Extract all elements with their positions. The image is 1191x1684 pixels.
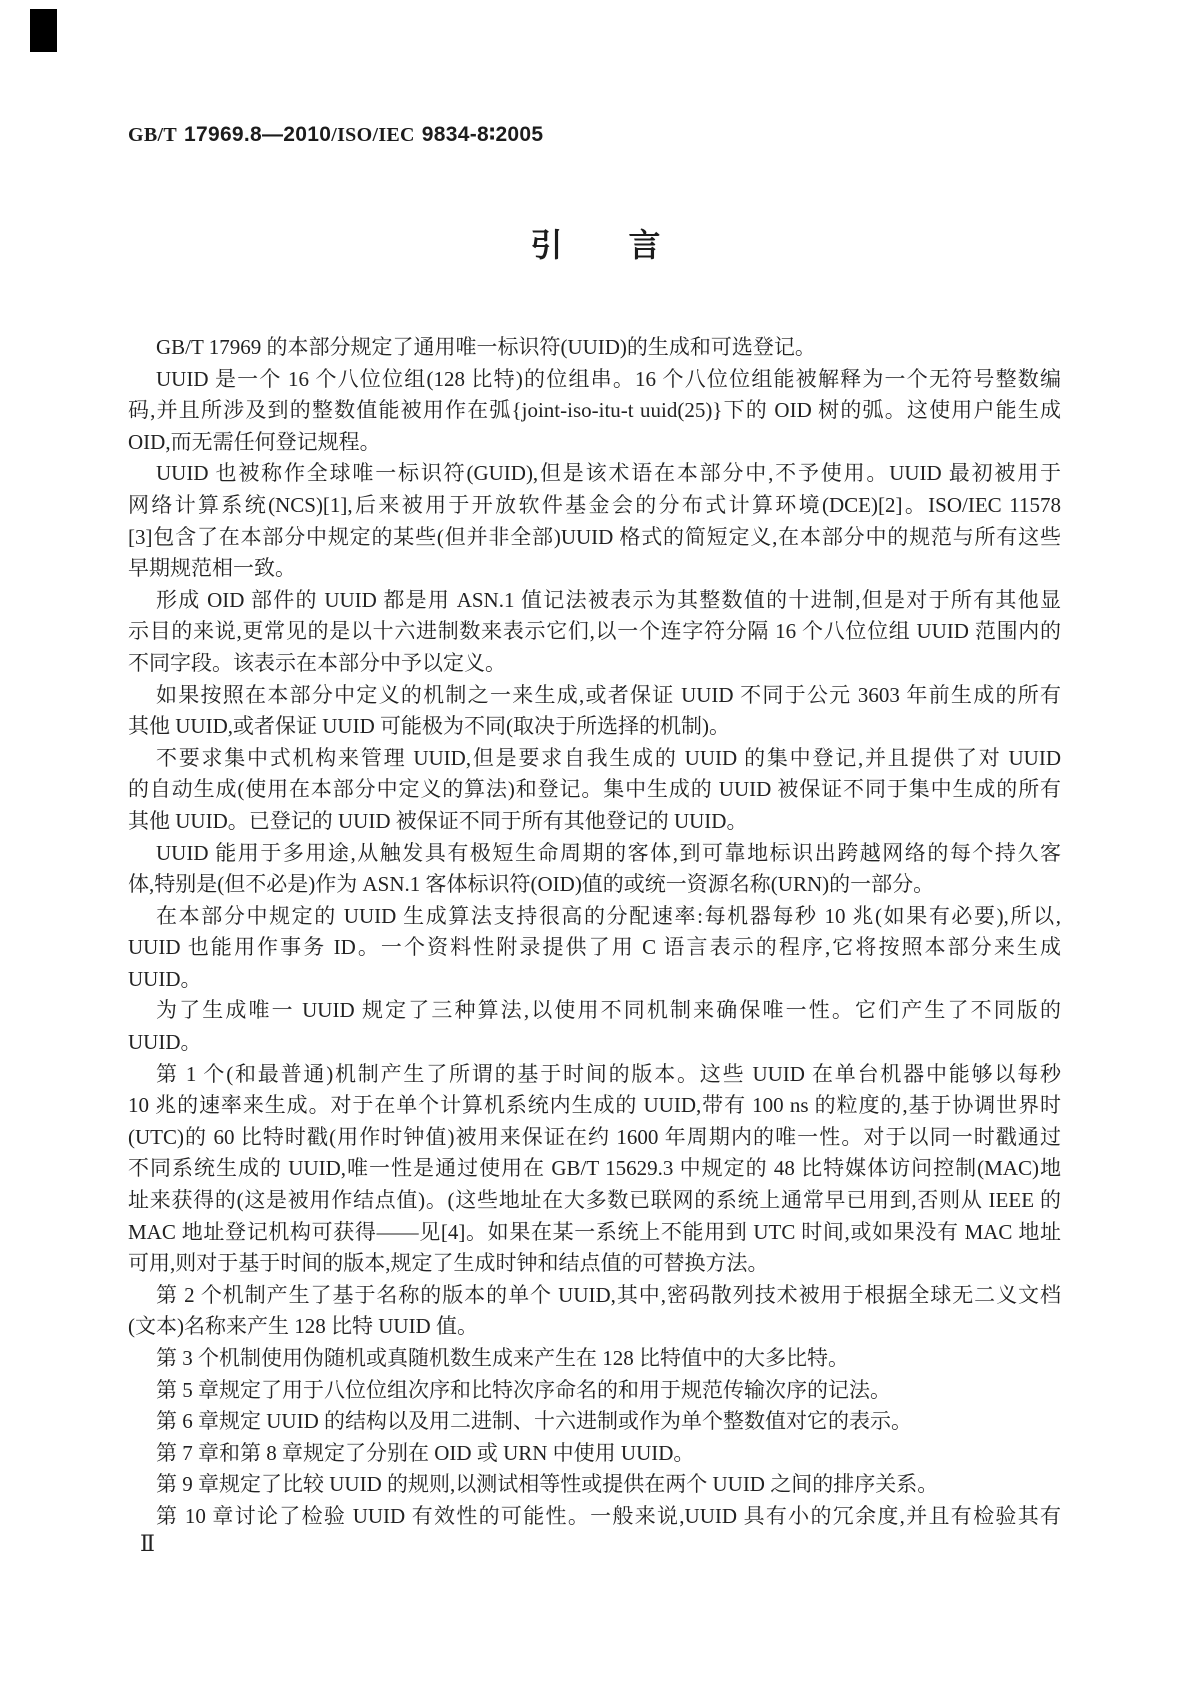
iso-number: 9834-8∶2005: [422, 123, 544, 146]
paragraph: GB/T 17969 的本部分规定了通用唯一标识符(UUID)的生成和可选登记。: [128, 332, 1061, 364]
text-line: 形成 OID 部件的 UUID 都是用 ASN.1 值记法被表示为其整数值的十进…: [128, 585, 1061, 617]
paragraph: UUID 也被称作全球唯一标识符(GUID),但是该术语在本部分中,不予使用。U…: [128, 458, 1061, 584]
text-line: 的自动生成(使用在本部分中定义的算法)和登记。集中生成的 UUID 被保证不同于…: [128, 774, 1061, 806]
text-line: 其他 UUID。已登记的 UUID 被保证不同于所有其他登记的 UUID。: [128, 806, 1061, 838]
text-line: 第 9 章规定了比较 UUID 的规则,以测试相等性或提供在两个 UUID 之间…: [128, 1469, 1061, 1501]
text-line: 不同字段。该表示在本部分中予以定义。: [128, 648, 1061, 680]
text-line: 第 5 章规定了用于八位位组次序和比特次序命名的和用于规范传输次序的记法。: [128, 1375, 1061, 1407]
page-title: 引言: [0, 227, 1191, 263]
standard-number: 17969.8—2010: [184, 123, 331, 146]
text-line: [3]包含了在本部分中规定的某些(但并非全部)UUID 格式的简短定义,在本部分…: [128, 522, 1061, 554]
text-line: 10 兆的速率来生成。对于在单个计算机系统内生成的 UUID,带有 100 ns…: [128, 1090, 1061, 1122]
text-line: GB/T 17969 的本部分规定了通用唯一标识符(UUID)的生成和可选登记。: [128, 332, 1061, 364]
iso-code-prefix: ISO/IEC: [337, 124, 415, 146]
text-line: 址来获得的(这是被用作结点值)。(这些地址在大多数已联网的系统上通常早已用到,否…: [128, 1185, 1061, 1217]
introduction-body: GB/T 17969 的本部分规定了通用唯一标识符(UUID)的生成和可选登记。…: [128, 332, 1061, 1533]
text-line: UUID。: [128, 1027, 1061, 1059]
text-line: 早期规范相一致。: [128, 553, 1061, 585]
text-line: 体,特别是(但不必是)作为 ASN.1 客体标识符(OID)值的或统一资源名称(…: [128, 869, 1061, 901]
paragraph: 为了生成唯一 UUID 规定了三种算法,以使用不同机制来确保唯一性。它们产生了不…: [128, 995, 1061, 1058]
text-line: 可用,则对于基于时间的版本,规定了生成时钟和结点值的可替换方法。: [128, 1248, 1061, 1280]
text-line: 示目的来说,更常见的是以十六进制数来表示它们,以一个连字符分隔 16 个八位位组…: [128, 616, 1061, 648]
paragraph: 第 1 个(和最普通)机制产生了所谓的基于时间的版本。这些 UUID 在单台机器…: [128, 1059, 1061, 1280]
paragraph: 第 10 章讨论了检验 UUID 有效性的可能性。一般来说,UUID 具有小的冗…: [128, 1501, 1061, 1533]
text-line: 码,并且所涉及到的整数值能被用作在弧{joint-iso-itu-t uuid(…: [128, 395, 1061, 427]
paragraph: 第 2 个机制产生了基于名称的版本的单个 UUID,其中,密码散列技术被用于根据…: [128, 1280, 1061, 1343]
text-line: OID,而无需任何登记规程。: [128, 427, 1061, 459]
text-line: 第 1 个(和最普通)机制产生了所谓的基于时间的版本。这些 UUID 在单台机器…: [128, 1059, 1061, 1091]
document-number-header: GB/T17969.8—2010/ISO/IEC9834-8∶2005: [128, 122, 543, 147]
paragraph: 如果按照在本部分中定义的机制之一来生成,或者保证 UUID 不同于公元 3603…: [128, 680, 1061, 743]
text-line: 第 7 章和第 8 章规定了分别在 OID 或 URN 中使用 UUID。: [128, 1438, 1061, 1470]
paragraph: 不要求集中式机构来管理 UUID,但是要求自我生成的 UUID 的集中登记,并且…: [128, 743, 1061, 838]
text-line: (文本)名称来产生 128 比特 UUID 值。: [128, 1311, 1061, 1343]
text-line: 第 3 个机制使用伪随机或真随机数生成来产生在 128 比特值中的大多比特。: [128, 1343, 1061, 1375]
text-line: 第 2 个机制产生了基于名称的版本的单个 UUID,其中,密码散列技术被用于根据…: [128, 1280, 1061, 1312]
text-line: UUID 也能用作事务 ID。一个资料性附录提供了用 C 语言表示的程序,它将按…: [128, 932, 1061, 964]
paragraph: UUID 是一个 16 个八位位组(128 比特)的位组串。16 个八位位组能被…: [128, 364, 1061, 459]
paragraph: UUID 能用于多用途,从触发具有极短生命周期的客体,到可靠地标识出跨越网络的每…: [128, 838, 1061, 901]
paragraph: 形成 OID 部件的 UUID 都是用 ASN.1 值记法被表示为其整数值的十进…: [128, 585, 1061, 680]
text-line: UUID 能用于多用途,从触发具有极短生命周期的客体,到可靠地标识出跨越网络的每…: [128, 838, 1061, 870]
title-char-left: 引: [530, 227, 562, 263]
scan-corner-mark: [30, 9, 57, 52]
standard-code-prefix: GB/T: [128, 124, 177, 146]
text-line: 第 6 章规定 UUID 的结构以及用二进制、十六进制或作为单个整数值对它的表示…: [128, 1406, 1061, 1438]
text-line: 第 10 章讨论了检验 UUID 有效性的可能性。一般来说,UUID 具有小的冗…: [128, 1501, 1061, 1533]
text-line: 为了生成唯一 UUID 规定了三种算法,以使用不同机制来确保唯一性。它们产生了不…: [128, 995, 1061, 1027]
text-line: UUID 也被称作全球唯一标识符(GUID),但是该术语在本部分中,不予使用。U…: [128, 458, 1061, 490]
paragraph: 第 9 章规定了比较 UUID 的规则,以测试相等性或提供在两个 UUID 之间…: [128, 1469, 1061, 1501]
paragraph: 第 6 章规定 UUID 的结构以及用二进制、十六进制或作为单个整数值对它的表示…: [128, 1406, 1061, 1438]
paragraph: 第 7 章和第 8 章规定了分别在 OID 或 URN 中使用 UUID。: [128, 1438, 1061, 1470]
text-line: 不要求集中式机构来管理 UUID,但是要求自我生成的 UUID 的集中登记,并且…: [128, 743, 1061, 775]
text-line: 网络计算系统(NCS)[1],后来被用于开放软件基金会的分布式计算环境(DCE)…: [128, 490, 1061, 522]
title-char-right: 言: [629, 227, 661, 263]
paragraph: 第 5 章规定了用于八位位组次序和比特次序命名的和用于规范传输次序的记法。: [128, 1375, 1061, 1407]
text-line: MAC 地址登记机构可获得——见[4]。如果在某一系统上不能用到 UTC 时间,…: [128, 1217, 1061, 1249]
text-line: UUID。: [128, 964, 1061, 996]
text-line: 如果按照在本部分中定义的机制之一来生成,或者保证 UUID 不同于公元 3603…: [128, 680, 1061, 712]
text-line: 在本部分中规定的 UUID 生成算法支持很高的分配速率:每机器每秒 10 兆(如…: [128, 901, 1061, 933]
text-line: 不同系统生成的 UUID,唯一性是通过使用在 GB/T 15629.3 中规定的…: [128, 1153, 1061, 1185]
document-page: GB/T17969.8—2010/ISO/IEC9834-8∶2005 引言 G…: [0, 0, 1191, 1684]
text-line: 其他 UUID,或者保证 UUID 可能极为不同(取决于所选择的机制)。: [128, 711, 1061, 743]
page-number: Ⅱ: [140, 1530, 155, 1558]
paragraph: 第 3 个机制使用伪随机或真随机数生成来产生在 128 比特值中的大多比特。: [128, 1343, 1061, 1375]
text-line: (UTC)的 60 比特时戳(用作时钟值)被用来保证在约 1600 年周期内的唯…: [128, 1122, 1061, 1154]
paragraph: 在本部分中规定的 UUID 生成算法支持很高的分配速率:每机器每秒 10 兆(如…: [128, 901, 1061, 996]
text-line: UUID 是一个 16 个八位位组(128 比特)的位组串。16 个八位位组能被…: [128, 364, 1061, 396]
